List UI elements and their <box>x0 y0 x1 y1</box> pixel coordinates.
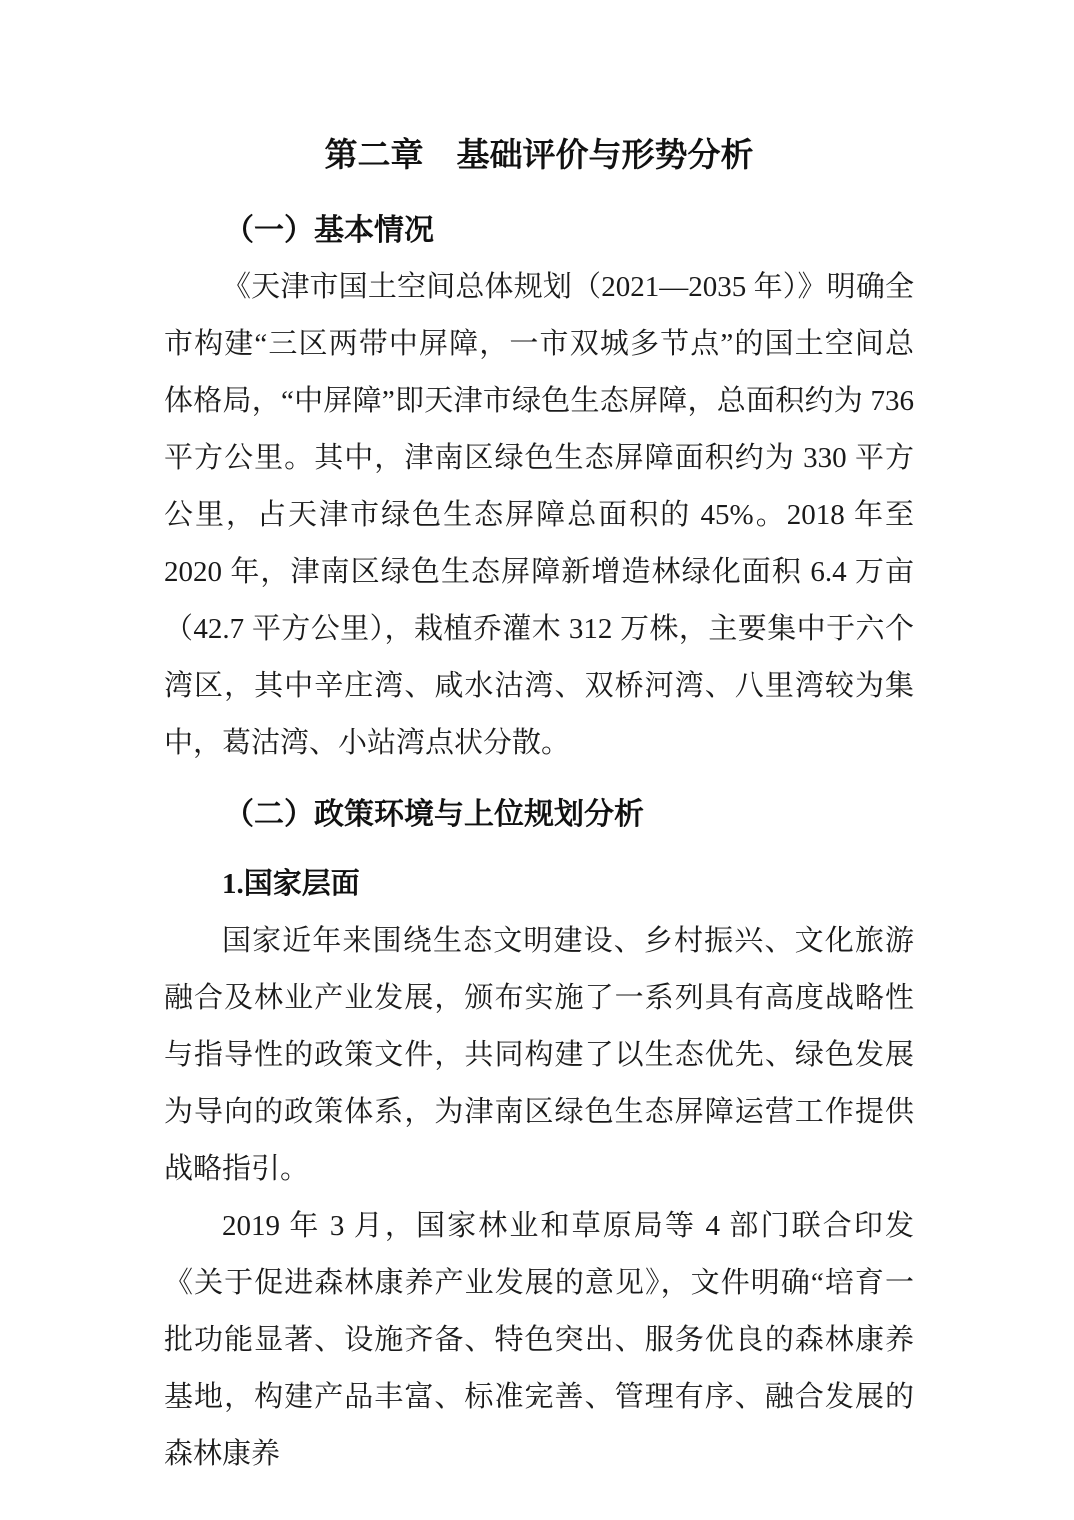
section-1-heading: （一）基本情况 <box>164 202 914 259</box>
section-1-paragraph: 《天津市国土空间总体规划（2021—2035 年）》明确全市构建“三区两带中屏障… <box>164 259 914 772</box>
section-2-heading: （二）政策环境与上位规划分析 <box>164 786 914 843</box>
section-2-paragraph-2: 2019 年 3 月，国家林业和草原局等 4 部门联合印发《关于促进森林康养产业… <box>164 1198 914 1483</box>
document-content: 第二章 基础评价与形势分析 （一）基本情况 《天津市国土空间总体规划（2021—… <box>0 0 1074 1483</box>
section-2-paragraph-1: 国家近年来围绕生态文明建设、乡村振兴、文化旅游融合及林业产业发展，颁布实施了一系… <box>164 913 914 1198</box>
section-2-subheading: 1.国家层面 <box>164 856 914 913</box>
chapter-title: 第二章 基础评价与形势分析 <box>164 126 914 184</box>
page-number: 7 <box>0 1386 1074 1411</box>
document-page: 第二章 基础评价与形势分析 （一）基本情况 《天津市国土空间总体规划（2021—… <box>0 0 1074 1520</box>
